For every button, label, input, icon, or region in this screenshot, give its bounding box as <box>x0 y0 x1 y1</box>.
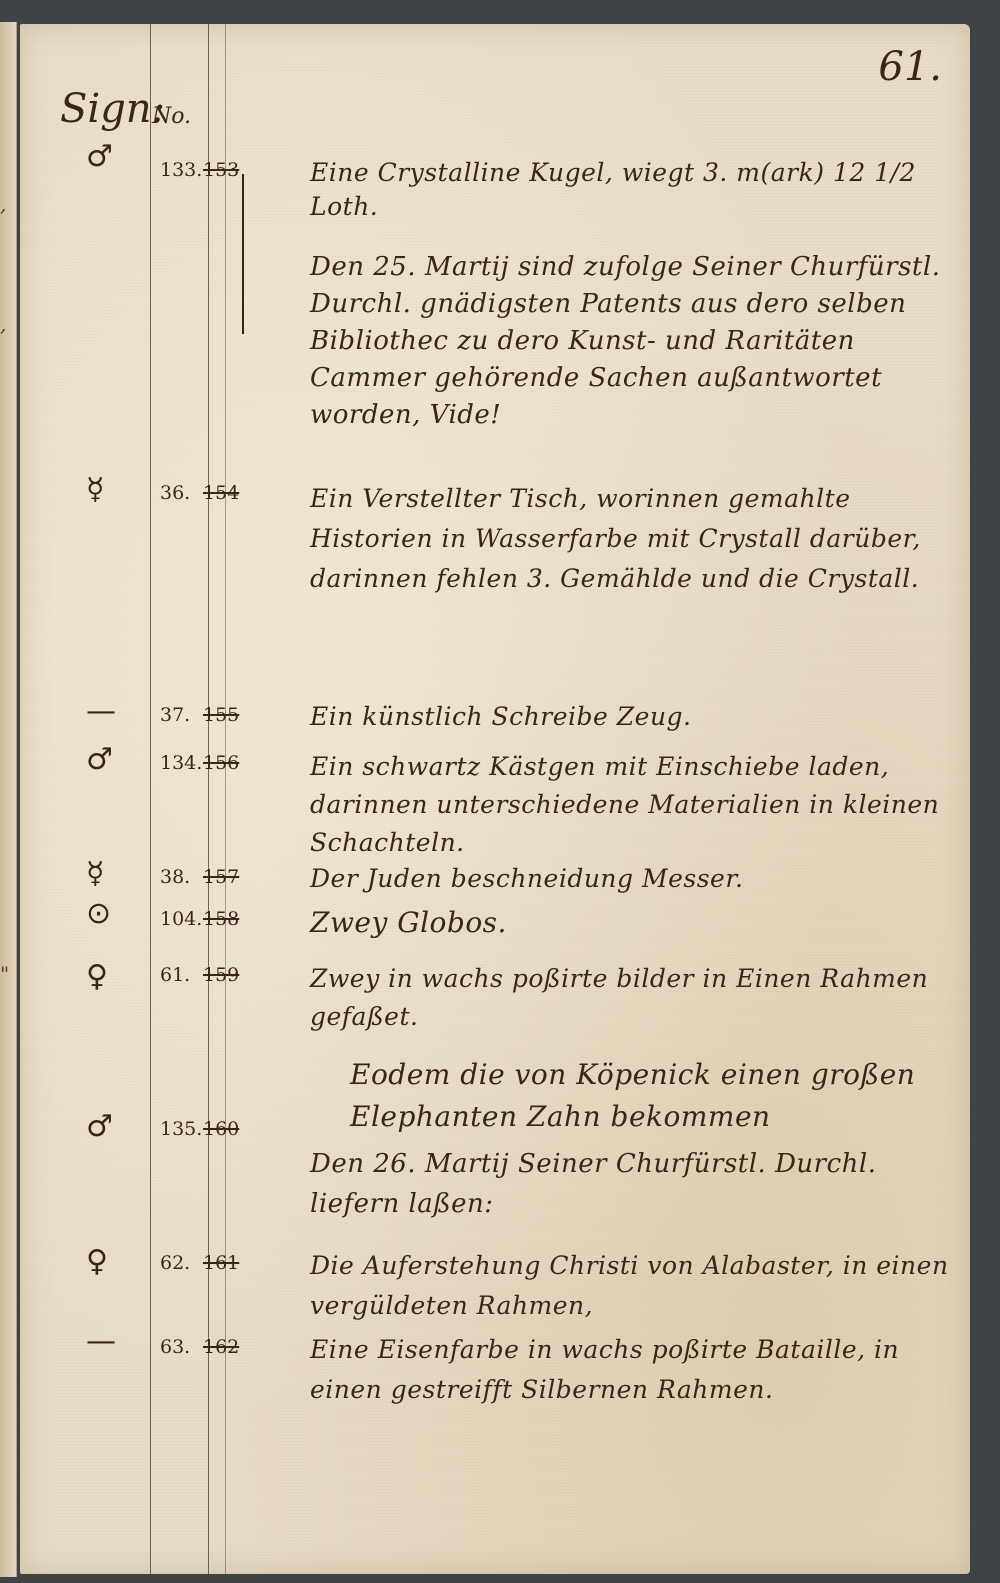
entry-old-number: 157 <box>203 866 239 888</box>
entry-text: Ein Verstellter Tisch, worinnen gemahlte… <box>310 479 960 599</box>
entry-number: 104. <box>160 908 202 930</box>
mars-symbol-icon: ♂ <box>86 742 113 777</box>
entry-number: 135. <box>160 1118 202 1140</box>
sun-symbol-icon: ⊙ <box>86 896 111 931</box>
entry-old-number: 162 <box>203 1336 239 1358</box>
entry-old-number: 155 <box>203 704 239 726</box>
mercury-symbol-icon: ☿ <box>86 472 104 507</box>
entry-text: Ein schwartz Kästgen mit Einschiebe lade… <box>310 748 960 862</box>
entry-old-number: 159 <box>203 964 239 986</box>
bleed-mark: , <box>0 192 6 216</box>
dated-note: Den 26. Martij Seiner Churfürstl. Durchl… <box>310 1144 960 1224</box>
dash-symbol-icon: — <box>86 694 116 729</box>
bleed-mark: , <box>0 312 6 336</box>
entry-number: 38. <box>160 866 190 888</box>
number-column-header: No. <box>152 104 191 129</box>
column-rule-sign <box>150 24 151 1574</box>
margin-bracket <box>242 174 244 334</box>
mercury-symbol-icon: ☿ <box>86 856 104 891</box>
entry-number: 37. <box>160 704 190 726</box>
entry-text: Eine Eisenfarbe in wachs poßirte Bataill… <box>310 1330 960 1410</box>
sign-column-header: Sign: <box>60 86 165 132</box>
mars-symbol-icon: ♂ <box>86 139 113 174</box>
entry-old-number: 154 <box>203 482 239 504</box>
entry-old-number: 160 <box>203 1118 239 1140</box>
entry-number: 133. <box>160 159 202 181</box>
entry-text: Ein künstlich Schreibe Zeug. <box>310 700 960 734</box>
entry-old-number: 161 <box>203 1252 239 1274</box>
entry-number: 62. <box>160 1252 190 1274</box>
folio-number: 61. <box>878 44 942 90</box>
entry-old-number: 156 <box>203 752 239 774</box>
entry-text: Zwey in wachs poßirte bilder in Einen Ra… <box>310 960 960 1036</box>
entry-text: Eine Crystalline Kugel, wiegt 3. m(ark) … <box>310 156 960 224</box>
entry-text: Eodem die von Köpenick einen großen Elep… <box>310 1054 960 1138</box>
entry-old-number: 158 <box>203 908 239 930</box>
entry-number: 63. <box>160 1336 190 1358</box>
bleed-mark: " <box>0 962 9 986</box>
venus-symbol-icon: ♀ <box>86 1244 108 1279</box>
dash-symbol-icon: — <box>86 1324 116 1359</box>
entry-number: 61. <box>160 964 190 986</box>
mars-symbol-icon: ♂ <box>86 1109 113 1144</box>
entry-text: Zwey Globos. <box>310 906 960 940</box>
dated-note: Den 25. Martij sind zufolge Seiner Churf… <box>310 249 960 434</box>
manuscript-page: 61. Sign: No. ♂ 133. 153 Eine Crystallin… <box>20 24 970 1574</box>
previous-page-edge: , , " <box>0 22 17 1577</box>
entry-text: Der Juden beschneidung Messer. <box>310 862 960 896</box>
entry-text: Die Auferstehung Christi von Alabaster, … <box>310 1246 960 1326</box>
entry-number: 134. <box>160 752 202 774</box>
entry-old-number: 153 <box>203 159 239 181</box>
venus-symbol-icon: ♀ <box>86 959 108 994</box>
entry-number: 36. <box>160 482 190 504</box>
